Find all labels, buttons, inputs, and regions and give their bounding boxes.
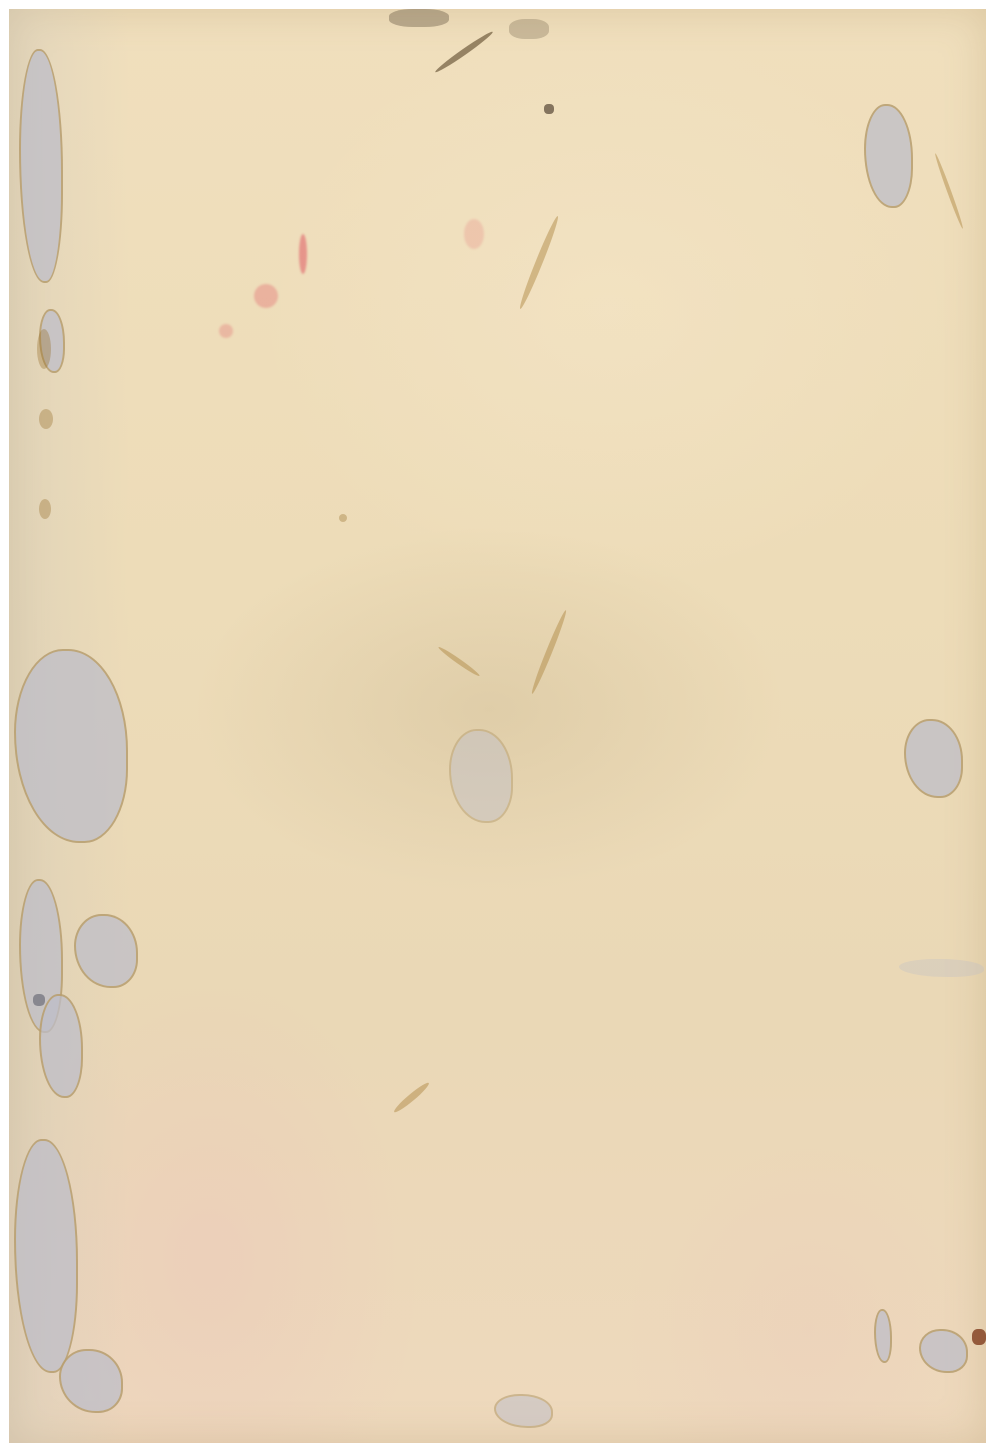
dirt-mark <box>972 1329 986 1345</box>
paper-sheet <box>9 9 986 1443</box>
ink-smudge <box>464 219 484 249</box>
stain <box>39 499 51 519</box>
tear-streak <box>392 1080 431 1114</box>
peel-patch <box>899 959 984 977</box>
dirt-streak <box>434 29 495 74</box>
ink-smudge <box>299 234 307 274</box>
stain <box>37 329 51 369</box>
dirt-mark <box>509 19 549 39</box>
peel-patch <box>449 729 513 823</box>
peel-patch <box>494 1394 553 1428</box>
ink-smudge <box>219 324 233 338</box>
tear-streak <box>437 645 481 678</box>
dirt-mark <box>389 9 449 27</box>
tear-streak <box>517 215 561 310</box>
peel-patch <box>874 1309 892 1363</box>
tear-streak <box>529 609 568 695</box>
tear-streak <box>933 153 964 230</box>
stain <box>39 409 53 429</box>
peel-patch <box>904 719 963 798</box>
dirt-mark <box>544 104 554 114</box>
rust-dot <box>33 994 45 1006</box>
peel-patch <box>864 104 913 208</box>
stain <box>339 514 347 522</box>
ink-smudge <box>254 284 278 308</box>
peel-patch <box>919 1329 968 1373</box>
